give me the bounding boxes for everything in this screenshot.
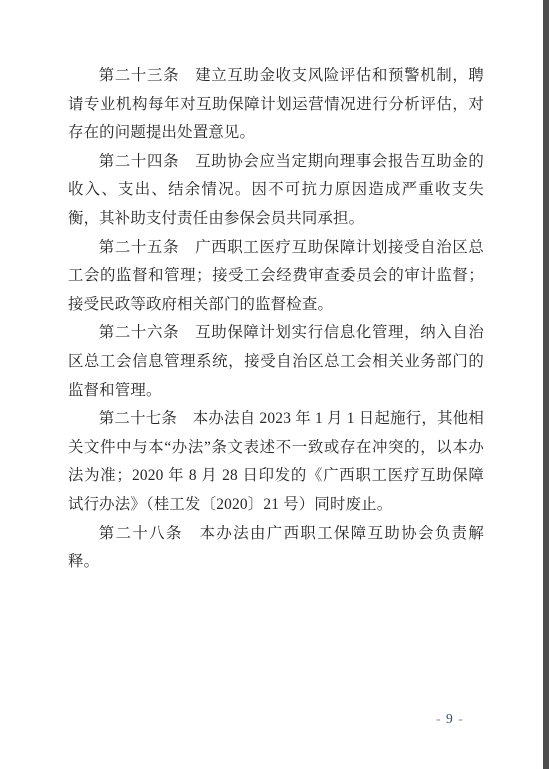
article-24-paragraph: 第二十四条 互助协会应当定期向理事会报告互助金的收入、支出、结余情况。因不可抗力… <box>68 148 484 234</box>
document-body: 第二十三条 建立互助金收支风险评估和预警机制，聘请专业机构每年对互助保障计划运营… <box>68 62 484 577</box>
document-page: 第二十三条 建立互助金收支风险评估和预警机制，聘请专业机构每年对互助保障计划运营… <box>0 0 549 769</box>
page-number-dash-left: - <box>436 711 441 726</box>
article-25-paragraph: 第二十五条 广西职工医疗互助保障计划接受自治区总工会的监督和管理；接受工会经费审… <box>68 234 484 320</box>
page-number-value: 9 <box>446 711 453 726</box>
page-number-dash-right: - <box>458 711 463 726</box>
article-26-paragraph: 第二十六条 互助保障计划实行信息化管理，纳入自治区总工会信息管理系统，接受自治区… <box>68 319 484 405</box>
article-23-paragraph: 第二十三条 建立互助金收支风险评估和预警机制，聘请专业机构每年对互助保障计划运营… <box>68 62 484 148</box>
article-28-paragraph: 第二十八条 本办法由广西职工保障互助协会负责解释。 <box>68 520 484 577</box>
page-edge-shadow <box>543 0 549 769</box>
article-27-paragraph: 第二十七条 本办法自 2023 年 1 月 1 日起施行，其他相关文件中与本“办… <box>68 405 484 519</box>
page-number: -9- <box>436 711 463 727</box>
